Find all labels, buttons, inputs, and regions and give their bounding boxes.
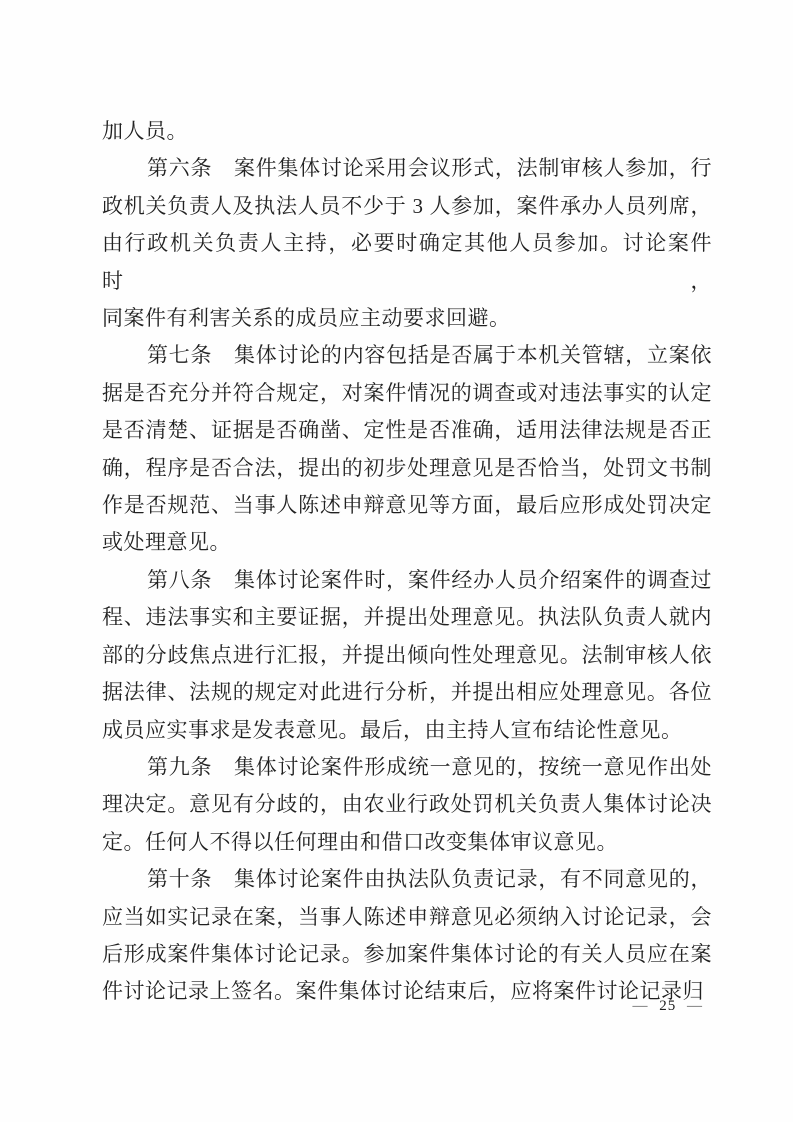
text-line: 同案件有利害关系的成员应主动要求回避。 (102, 300, 712, 337)
text-line: 应当如实记录在案，当事人陈述申辩意见必须纳入讨论记录，会 (102, 899, 712, 936)
article-7: 第七条 集体讨论的内容包括是否属于本机关管辖，立案依据是否充分并符合规定，对案件… (102, 337, 712, 561)
article-9: 第九条 集体讨论案件形成统一意见的，按统一意见作出处理决定。意见有分歧的，由农业… (102, 749, 712, 861)
footer-dash-left: — (633, 998, 649, 1014)
text-line: 理决定。意见有分歧的，由农业行政处罚机关负责人集体讨论决 (102, 786, 712, 823)
text-line: 据是否充分并符合规定，对案件情况的调查或对违法事实的认定 (102, 375, 712, 412)
text-line: 后形成案件集体讨论记录。参加案件集体讨论的有关人员应在案 (102, 936, 712, 973)
text-line: 政机关负责人及执法人员不少于 3 人参加，案件承办人员列席， (102, 188, 712, 225)
text-line: 第七条 集体讨论的内容包括是否属于本机关管辖，立案依 (102, 337, 712, 374)
page-footer: — 25 — (633, 998, 704, 1015)
text-line: 由行政机关负责人主持，必要时确定其他人员参加。讨论案件时， (102, 225, 712, 300)
text-line: 第十条 集体讨论案件由执法队负责记录，有不同意见的， (102, 861, 712, 898)
text-line: 据法律、法规的规定对此进行分析，并提出相应处理意见。各位 (102, 674, 712, 711)
paragraph-continuation: 加人员。 (102, 113, 712, 150)
article-6: 第六条 案件集体讨论采用会议形式，法制审核人参加，行政机关负责人及执法人员不少于… (102, 150, 712, 337)
text-line: 程、违法事实和主要证据，并提出处理意见。执法队负责人就内 (102, 599, 712, 636)
footer-dash-right: — (687, 998, 703, 1014)
text-line: 是否清楚、证据是否确凿、定性是否准确，适用法律法规是否正 (102, 412, 712, 449)
text-line: 第六条 案件集体讨论采用会议形式，法制审核人参加，行 (102, 150, 712, 187)
text-line: 第八条 集体讨论案件时，案件经办人员介绍案件的调查过 (102, 562, 712, 599)
text-line: 件讨论记录上签名。案件集体讨论结束后，应将案件讨论记录归 (102, 973, 712, 1010)
text-line: 确，程序是否合法，提出的初步处理意见是否恰当，处罚文书制 (102, 450, 712, 487)
article-10: 第十条 集体讨论案件由执法队负责记录，有不同意见的，应当如实记录在案，当事人陈述… (102, 861, 712, 1011)
document-page: 加人员。第六条 案件集体讨论采用会议形式，法制审核人参加，行政机关负责人及执法人… (0, 0, 793, 1122)
article-8: 第八条 集体讨论案件时，案件经办人员介绍案件的调查过程、违法事实和主要证据，并提… (102, 562, 712, 749)
text-line: 定。任何人不得以任何理由和借口改变集体审议意见。 (102, 824, 712, 861)
text-line: 成员应实事求是发表意见。最后，由主持人宣布结论性意见。 (102, 712, 712, 749)
text-line: 第九条 集体讨论案件形成统一意见的，按统一意见作出处 (102, 749, 712, 786)
text-line: 部的分歧焦点进行汇报，并提出倾向性处理意见。法制审核人依 (102, 637, 712, 674)
text-line: 加人员。 (102, 113, 712, 150)
page-number: 25 (659, 998, 676, 1014)
text-line: 作是否规范、当事人陈述申辩意见等方面，最后应形成处罚决定 (102, 487, 712, 524)
document-body: 加人员。第六条 案件集体讨论采用会议形式，法制审核人参加，行政机关负责人及执法人… (102, 113, 712, 1011)
text-line: 或处理意见。 (102, 524, 712, 561)
